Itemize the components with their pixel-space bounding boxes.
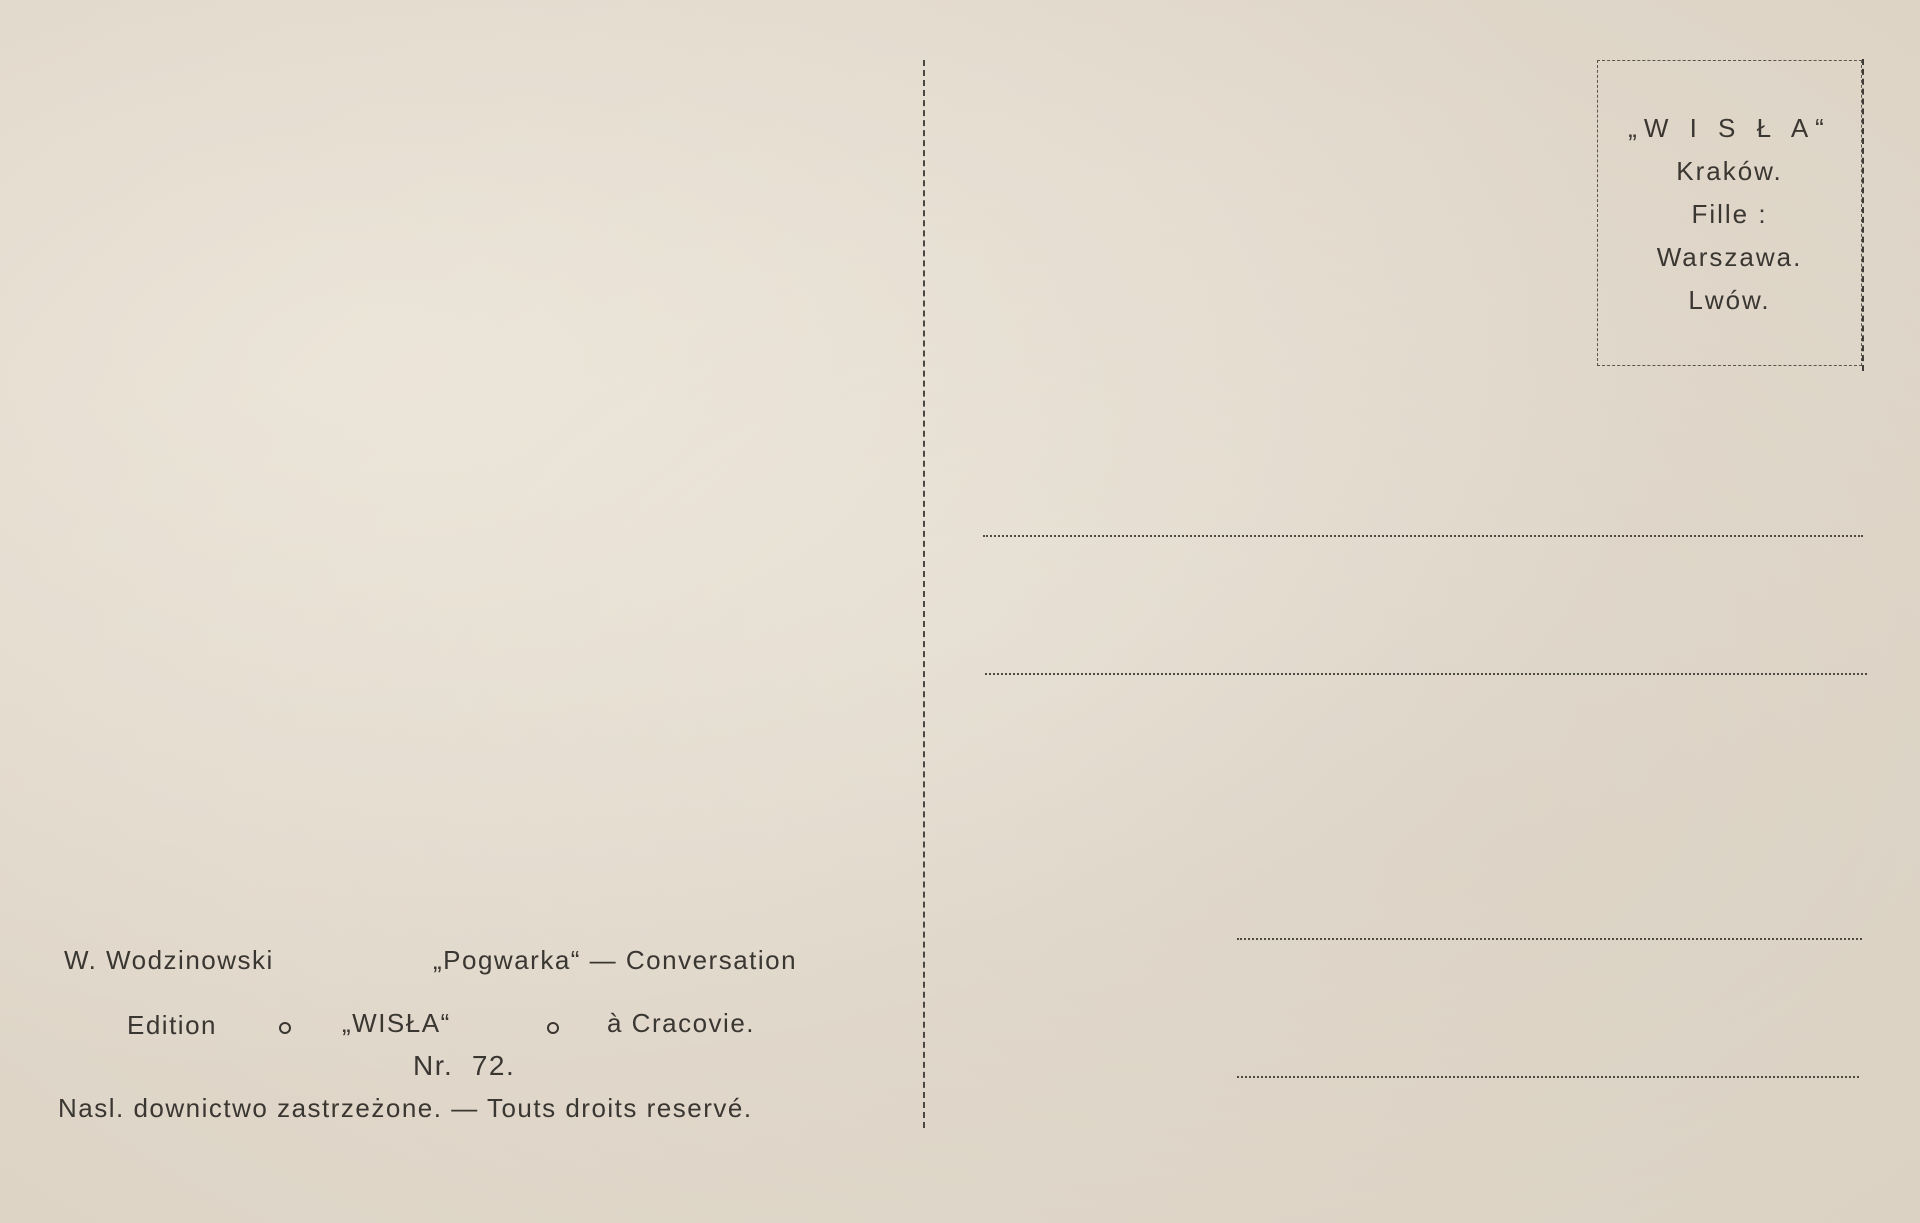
publisher-name: „WISŁA“ — [342, 1008, 451, 1039]
stamp-city: Kraków. — [1598, 149, 1861, 192]
artist-name: W. Wodzinowski — [64, 945, 274, 976]
publisher-city: à Cracovie. — [607, 1008, 755, 1039]
stamp-publisher: „W I S Ł A“ — [1598, 106, 1861, 149]
bullet-icon — [279, 1022, 291, 1034]
stamp-branches-label: Fille : — [1598, 192, 1861, 235]
stamp-box: „W I S Ł A“ Kraków. Fille : Warszawa. Lw… — [1597, 60, 1862, 366]
address-line-4 — [1237, 1076, 1859, 1078]
address-line-2 — [985, 673, 1867, 675]
stamp-branch-warsaw: Warszawa. — [1598, 235, 1861, 278]
artwork-title: „Pogwarka“ — Conversation — [433, 945, 797, 976]
address-line-3 — [1237, 938, 1862, 940]
stamp-box-edge — [1862, 59, 1864, 371]
postcard-back: „W I S Ł A“ Kraków. Fille : Warszawa. Lw… — [0, 0, 1920, 1223]
card-number: Nr. 72. — [413, 1050, 515, 1082]
bullet-icon — [547, 1022, 559, 1034]
edition-label: Edition — [127, 1010, 217, 1041]
rights-notice: Nasl. downictwo zastrzeżone. — Touts dro… — [58, 1093, 753, 1124]
vertical-divider — [923, 60, 925, 1128]
stamp-branch-lwow: Lwów. — [1598, 278, 1861, 321]
address-line-1 — [983, 535, 1863, 537]
